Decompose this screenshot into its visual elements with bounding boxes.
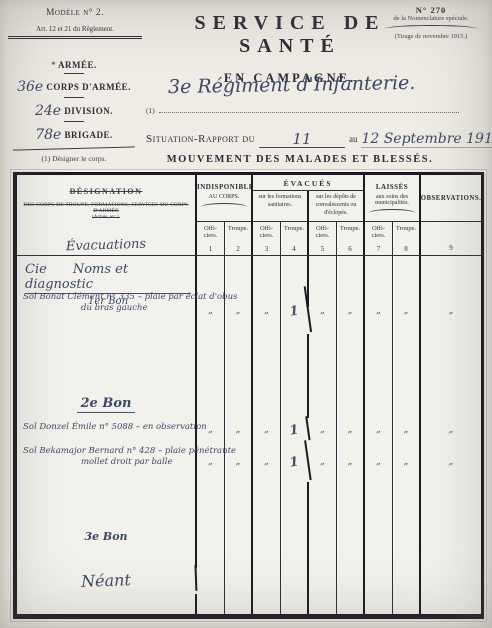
laisses-header: LAISSÉS aux soins des municipalités.	[365, 175, 421, 221]
divider	[384, 25, 479, 29]
troupe-label: Troupe.	[396, 225, 416, 232]
col-number: 4	[292, 245, 296, 253]
count-mark: 1	[278, 440, 311, 484]
tirage-note: (Tirage de novembre 1915.)	[376, 33, 486, 40]
battalion-3-heading: 3e Bon	[17, 530, 197, 548]
division-handwritten-value: 24e	[35, 103, 61, 119]
count-mark: „	[365, 418, 393, 442]
count-mark: „	[197, 288, 225, 334]
casualty-entry: Sol Bekamajor Bernard n° 428 – plaie pén…	[17, 442, 197, 482]
count-mark: „	[225, 418, 253, 442]
report-label: Situation-Rapport du	[146, 133, 255, 145]
divider	[13, 146, 135, 150]
col-number: 7	[377, 245, 381, 253]
count-mark: „	[197, 442, 225, 482]
col-officiers-5: Offi-ciers. 5	[309, 221, 337, 255]
article-reference: Art. 12 et 21 du Règlement.	[8, 25, 142, 39]
evacues-group2-header: sur les dépôts de convalescents ou d'écl…	[309, 191, 365, 221]
unit-fill-line: (1) 3e Régiment d'Infanterie.	[146, 100, 480, 118]
casualty-entry: Sol Bonat Clément n° 335 – plaie par écl…	[17, 288, 197, 334]
battalion-2-heading: 2e Bon	[17, 396, 197, 418]
date-from-handwritten: 11	[292, 130, 311, 148]
form-number: N° 270	[376, 5, 486, 15]
evacues-group1-header: sur les formations sanitaires.	[253, 191, 309, 221]
count-mark: „	[225, 288, 253, 334]
count-mark: „	[337, 288, 365, 334]
corps-handwritten-value: 36e	[17, 79, 43, 95]
count-mark: „	[393, 442, 421, 482]
table-row: Sol Donzel Émile n° 5088 – en observatio…	[17, 418, 481, 442]
table-body: CieNoms et diagnostic 1er Bon Sol Bonat …	[17, 256, 481, 614]
brigade-row: 78e BRIGADE.	[4, 126, 144, 142]
brace-rule	[201, 203, 247, 207]
col-troupe-6: Troupe. 6	[337, 221, 365, 255]
division-label: DIVISION.	[64, 106, 113, 116]
entry-heading-row: CieNoms et diagnostic 1er Bon	[17, 256, 481, 288]
table-header: DÉSIGNATION DES CORPS DE TROUPE, FORMATI…	[17, 175, 481, 256]
divider	[64, 97, 84, 98]
col-observations-9: 9	[421, 221, 481, 255]
entry-line2: mollet droit par balle	[23, 457, 193, 468]
battalion-3-label: 3e Bon	[84, 530, 127, 543]
count-mark: „	[421, 288, 481, 334]
col-troupe-4: Troupe. 4	[281, 221, 309, 255]
brace-rule	[369, 209, 415, 213]
division-row: 24e DIVISION.	[4, 102, 144, 118]
officiers-label: Offi-ciers.	[310, 225, 335, 239]
officiers-label: Offi-ciers.	[198, 225, 223, 239]
model-number: Modèle n° 2.	[8, 8, 142, 18]
count-mark: „	[421, 442, 481, 482]
laisses-subtitle: aux soins des municipalités.	[365, 194, 419, 206]
entry-line1: Sol Bonat Clément n° 335 – plaie par écl…	[23, 292, 193, 303]
scanned-form-page: Modèle n° 2. Art. 12 et 21 du Règlement.…	[0, 0, 492, 628]
armee-label: ARMÉE.	[58, 60, 97, 70]
nomenclature-text: de la Nomenclature spéciale.	[376, 15, 486, 22]
count-mark: „	[197, 418, 225, 442]
cie-heading: Cie	[25, 262, 47, 277]
troupe-label: Troupe.	[284, 225, 304, 232]
count-mark: „	[421, 418, 481, 442]
designation-overlay-handwritten: Évacuations	[17, 235, 195, 255]
battalion-3-row: 3e Bon	[17, 530, 481, 548]
col-troupe-2: Troupe. 2	[225, 221, 253, 255]
count-mark: „	[393, 288, 421, 334]
count-mark: 1	[278, 286, 312, 335]
col-officiers-1: Offi-ciers. 1	[197, 221, 225, 255]
designation-line3: (Armée, etc.).	[17, 215, 195, 220]
count-mark: „	[393, 418, 421, 442]
empty-row	[17, 482, 481, 530]
designation-line2: DES CORPS DE TROUPE, FORMATIONS, SERVICE…	[17, 202, 195, 214]
corps-label: CORPS D'ARMÉE.	[46, 82, 131, 92]
troupe-label: Troupe.	[228, 225, 248, 232]
dotted-line	[159, 103, 459, 113]
brigade-handwritten-value: 78e	[35, 127, 61, 143]
col-officiers-3: Offi-ciers. 3	[253, 221, 281, 255]
indisponibles-subtitle: AU CORPS.	[197, 194, 251, 200]
col-number: 8	[404, 245, 408, 253]
col-officiers-7: Offi-ciers. 7	[365, 221, 393, 255]
col-number: 5	[321, 245, 325, 253]
model-block: Modèle n° 2. Art. 12 et 21 du Règlement.	[8, 8, 142, 39]
designation-header: DÉSIGNATION DES CORPS DE TROUPE, FORMATI…	[17, 175, 197, 255]
col-number: 2	[236, 245, 240, 253]
neant-note: Néant	[17, 565, 198, 597]
troupe-label: Troupe.	[340, 225, 360, 232]
designation-line1: DÉSIGNATION	[17, 187, 195, 196]
count-mark: „	[253, 288, 281, 334]
armee-footnote-mark: *	[51, 60, 56, 70]
battalion-2-label: 2e Bon	[77, 396, 136, 413]
casualty-entry: Sol Donzel Émile n° 5088 – en observatio…	[17, 418, 197, 442]
count-mark: „	[337, 442, 365, 482]
report-date-line: Situation-Rapport du 11 au 12 Septembre …	[146, 128, 486, 148]
col-number: 1	[209, 245, 213, 253]
count-mark: „	[365, 442, 393, 482]
count-mark: „	[253, 418, 281, 442]
count-mark: „	[365, 288, 393, 334]
nomenclature-block: N° 270 de la Nomenclature spéciale. (Tir…	[376, 5, 486, 40]
count-mark: „	[225, 442, 253, 482]
indisponibles-title: INDISPONIBLES	[197, 175, 251, 191]
brigade-label: BRIGADE.	[65, 130, 113, 140]
table-row: Sol Bonat Clément n° 335 – plaie par écl…	[17, 288, 481, 334]
observations-header: OBSERVATIONS.	[421, 175, 481, 221]
col-number: 6	[348, 245, 352, 253]
evacues-header: ÉVACUÉS	[253, 175, 365, 191]
regiment-handwritten: 3e Régiment d'Infanterie.	[168, 72, 416, 98]
entry-line1: Sol Bekamajor Bernard n° 428 – plaie pén…	[23, 446, 193, 457]
entry-line1: Sol Donzel Émile n° 5088 – en observatio…	[23, 422, 193, 433]
col-troupe-8: Troupe. 8	[393, 221, 421, 255]
unit-hierarchy-block: * ARMÉE. 36e CORPS D'ARMÉE. 24e DIVISION…	[4, 58, 144, 163]
date-to-handwritten: 12 Septembre 1916	[361, 131, 492, 148]
officiers-label: Offi-ciers.	[254, 225, 279, 239]
empty-row	[17, 594, 481, 614]
battalion-2-row: 2e Bon	[17, 396, 481, 418]
indisponibles-header: INDISPONIBLES AU CORPS.	[197, 175, 253, 221]
count-mark: „	[337, 418, 365, 442]
unit-line-marker: (1)	[146, 106, 155, 115]
entry-line2: du bras gauche	[23, 303, 193, 314]
neant-row: Néant	[17, 568, 481, 594]
col-number: 3	[265, 245, 269, 253]
empty-row	[17, 334, 481, 396]
table-row: Sol Bekamajor Bernard n° 428 – plaie pén…	[17, 442, 481, 482]
officiers-label: Offi-ciers.	[366, 225, 391, 239]
divider	[64, 73, 84, 74]
count-mark: „	[309, 288, 337, 334]
movement-table: DÉSIGNATION DES CORPS DE TROUPE, FORMATI…	[13, 172, 484, 619]
laisses-title: LAISSÉS	[365, 175, 419, 191]
count-mark: „	[253, 442, 281, 482]
count-mark: „	[309, 442, 337, 482]
divider	[64, 121, 84, 122]
report-au: au	[349, 134, 358, 144]
date-from-line: 11	[259, 128, 345, 148]
section-title: MOUVEMENT DES MALADES ET BLESSÉS.	[120, 154, 480, 165]
empty-row	[17, 548, 481, 568]
count-mark: „	[309, 418, 337, 442]
corps-row: 36e CORPS D'ARMÉE.	[4, 78, 144, 94]
armee-row: * ARMÉE.	[4, 60, 144, 70]
